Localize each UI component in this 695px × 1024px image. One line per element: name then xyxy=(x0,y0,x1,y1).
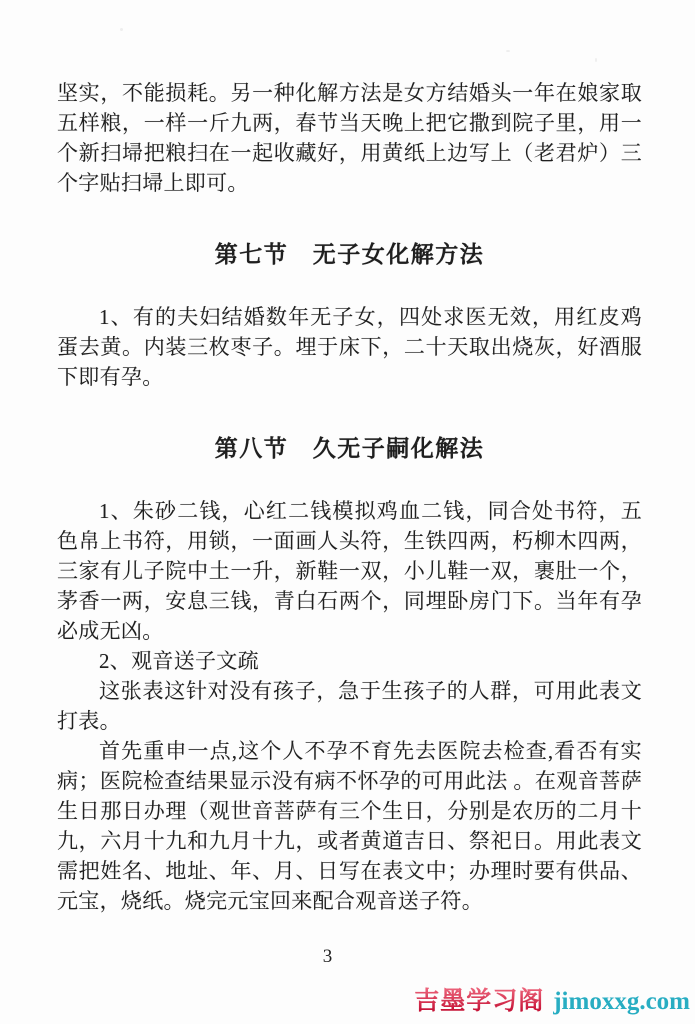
paragraph-cinnabar-remedy: 1、朱砂二钱，心红二钱模拟鸡血二钱，同合处书符，五色帛上书符，用锁，一面画人头符… xyxy=(57,496,642,646)
paragraph-instructions: 首先重申一点,这个人不孕不育先去医院去检查,看否有实病；医院检查结果显示没有病不… xyxy=(57,736,642,916)
page-number: 3 xyxy=(35,942,620,972)
paragraph-guanyin-item: 2、观音送子文疏 xyxy=(57,646,642,676)
scan-artifact xyxy=(506,50,510,52)
section-heading-7: 第七节 无子女化解方法 xyxy=(57,238,642,270)
watermark-site-url: jimoxxg.com xyxy=(553,988,690,1016)
paragraph-broom-remedy: 坚实，不能损耗。另一种化解方法是女方结婚头一年在娘家取五样粮，一样一斤九两，春节… xyxy=(57,78,642,198)
watermark-site-name: 吉墨学习阁 xyxy=(414,981,544,1017)
paragraph-table-usage: 这张表这针对没有孩子，急于生孩子的人群，可用此表文打表。 xyxy=(57,676,642,736)
paragraph-egg-remedy: 1、有的夫妇结婚数年无子女，四处求医无效，用红皮鸡蛋去黄。内装三枚枣子。埋于床下… xyxy=(57,302,642,392)
document-page: 坚实，不能损耗。另一种化解方法是女方结婚头一年在娘家取五样粮，一样一斤九两，春节… xyxy=(0,0,695,1024)
text-column: 坚实，不能损耗。另一种化解方法是女方结婚头一年在娘家取五样粮，一样一斤九两，春节… xyxy=(57,78,642,972)
scan-artifact xyxy=(120,28,123,31)
watermark: 吉墨学习阁 jimoxxg.com xyxy=(414,981,690,1017)
section-heading-8: 第八节 久无子嗣化解法 xyxy=(57,432,642,464)
scan-artifact xyxy=(595,58,597,62)
